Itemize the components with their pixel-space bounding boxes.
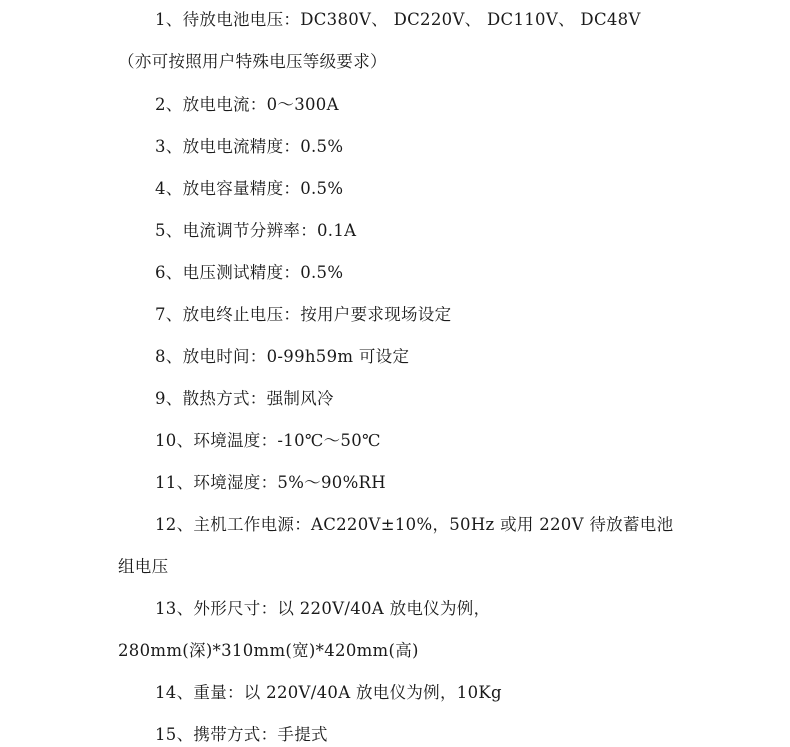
spec-item-14-weight: 14、重量：以 220V/40A 放电仪为例，10Kg [155,683,502,703]
spec-item-13-dimensions: 13、外形尺寸：以 220V/40A 放电仪为例， [155,599,490,619]
spec-item-9-cooling: 9、散热方式：强制风冷 [155,389,334,409]
spec-item-4-capacity-accuracy: 4、放电容量精度：0.5% [155,179,343,199]
spec-item-13-continuation: 280mm(深)*310mm(宽)*420mm(高) [118,641,419,661]
spec-item-15-carrying: 15、携带方式：手提式 [155,725,328,745]
spec-item-1-continuation: （亦可按照用户特殊电压等级要求） [118,52,387,72]
spec-document: 1、待放电池电压：DC380V、 DC220V、 DC110V、 DC48V （… [0,0,790,747]
spec-item-12-continuation: 组电压 [118,557,168,577]
spec-item-8-discharge-time: 8、放电时间：0-99h59m 可设定 [155,347,409,367]
spec-item-1-battery-voltage: 1、待放电池电压：DC380V、 DC220V、 DC110V、 DC48V [155,10,641,30]
spec-item-5-current-resolution: 5、电流调节分辨率：0.1A [155,221,356,241]
spec-item-11-ambient-humidity: 11、环境湿度：5%～90%RH [155,473,386,493]
spec-item-2-discharge-current: 2、放电电流：0～300A [155,95,339,115]
spec-item-6-voltage-accuracy: 6、电压测试精度：0.5% [155,263,343,283]
spec-item-7-cutoff-voltage: 7、放电终止电压：按用户要求现场设定 [155,305,451,325]
spec-item-3-current-accuracy: 3、放电电流精度：0.5% [155,137,343,157]
spec-item-10-ambient-temperature: 10、环境温度：-10℃～50℃ [155,431,381,451]
spec-item-12-power-supply: 12、主机工作电源：AC220V±10%，50Hz 或用 220V 待放蓄电池 [155,515,673,535]
